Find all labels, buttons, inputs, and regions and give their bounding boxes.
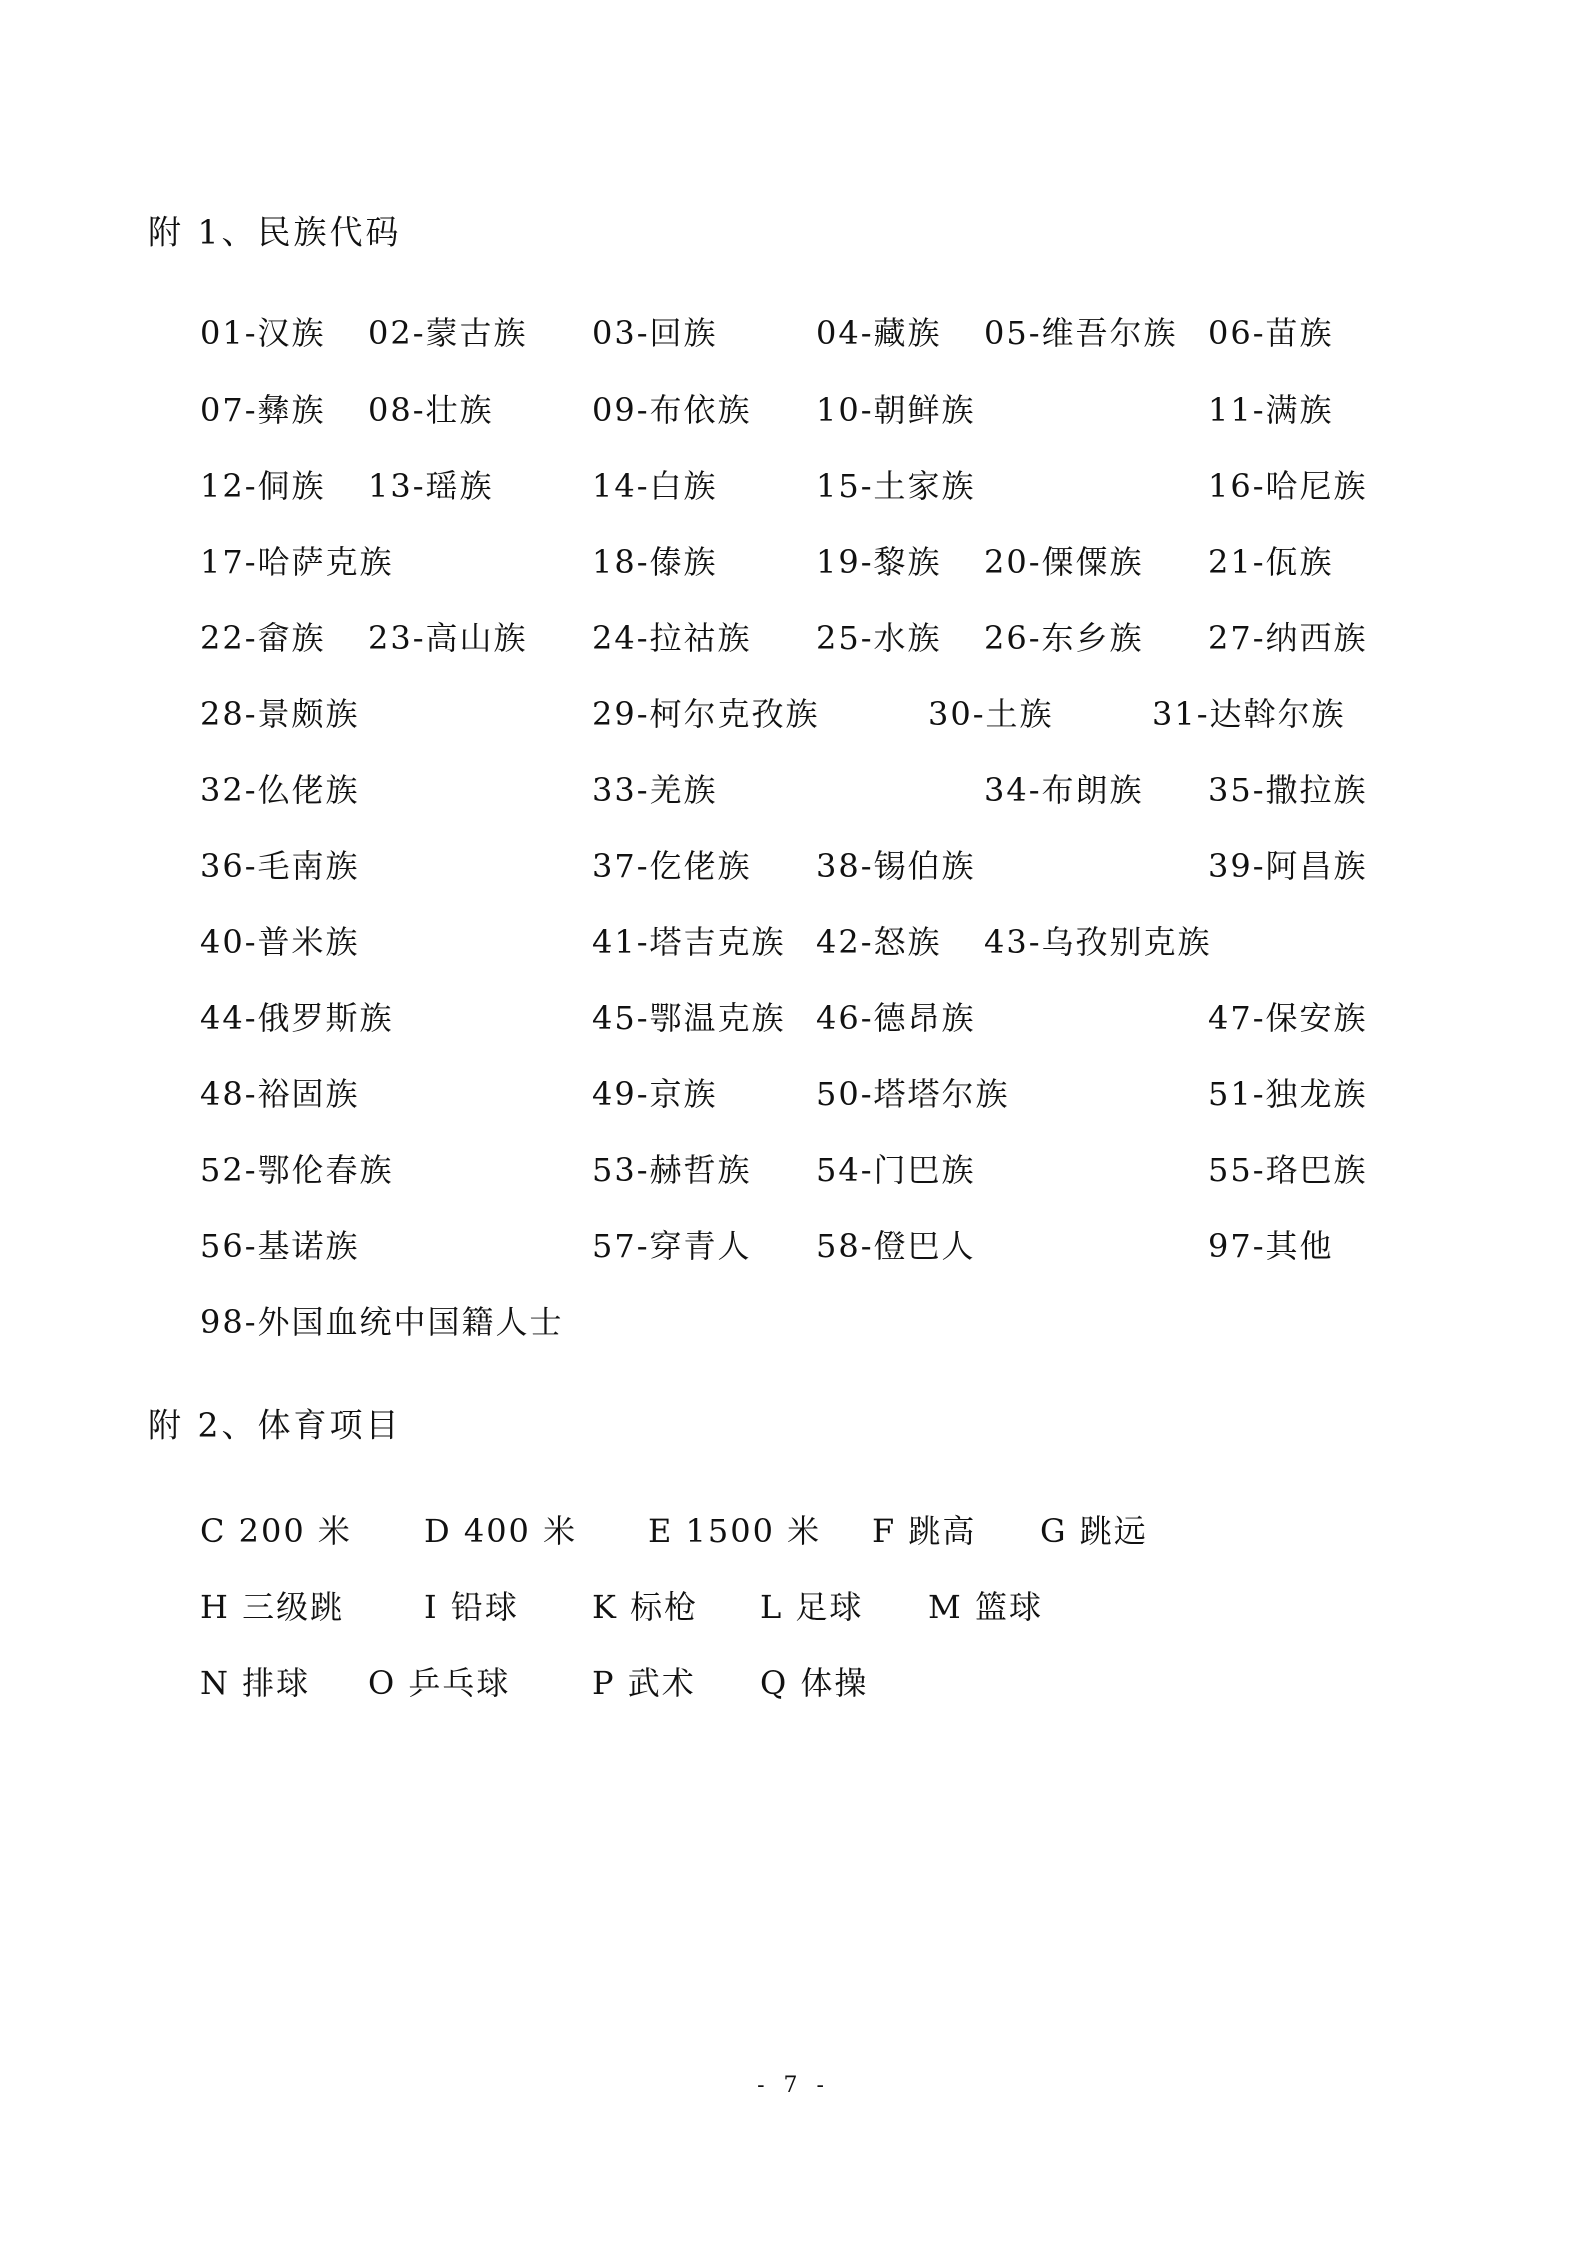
ethnicity-code-item: 35-撒拉族 <box>1208 774 1368 806</box>
ethnicity-code-item: 29-柯尔克孜族 <box>592 698 820 730</box>
ethnicity-code-item: 37-仡佬族 <box>592 850 752 882</box>
ethnicity-code-item: 08-壮族 <box>368 394 494 426</box>
sports-event-item: F 跳高 <box>872 1515 976 1547</box>
ethnicity-code-item: 12-侗族 <box>200 470 326 502</box>
ethnicity-code-item: 51-独龙族 <box>1208 1078 1368 1110</box>
sports-event-item: K 标枪 <box>592 1591 698 1623</box>
ethnicity-code-item: 05-维吾尔族 <box>984 317 1178 349</box>
ethnicity-code-item: 11-满族 <box>1208 394 1334 426</box>
sports-event-item: I 铅球 <box>424 1591 519 1623</box>
sports-event-item: H 三级跳 <box>200 1591 344 1623</box>
ethnicity-code-item: 43-乌孜别克族 <box>984 926 1212 958</box>
sports-event-item: D 400 米 <box>424 1515 577 1547</box>
ethnicity-code-item: 27-纳西族 <box>1208 622 1368 654</box>
ethnicity-code-item: 25-水族 <box>816 622 942 654</box>
sports-event-item: C 200 米 <box>200 1515 352 1547</box>
ethnicity-code-item: 39-阿昌族 <box>1208 850 1368 882</box>
ethnicity-code-item: 58-僜巴人 <box>816 1230 976 1262</box>
appendix1-heading: 附 1、民族代码 <box>148 216 402 249</box>
sports-event-item: G 跳远 <box>1040 1515 1148 1547</box>
ethnicity-code-item: 03-回族 <box>592 317 718 349</box>
ethnicity-code-item: 16-哈尼族 <box>1208 470 1368 502</box>
ethnicity-code-item: 44-俄罗斯族 <box>200 1002 394 1034</box>
ethnicity-code-item: 54-门巴族 <box>816 1154 976 1186</box>
ethnicity-code-item: 02-蒙古族 <box>368 317 528 349</box>
ethnicity-code-item: 46-德昂族 <box>816 1002 976 1034</box>
sports-event-item: P 武术 <box>592 1667 696 1699</box>
ethnicity-code-item: 31-达斡尔族 <box>1152 698 1346 730</box>
ethnicity-code-item: 10-朝鲜族 <box>816 394 976 426</box>
ethnicity-code-item: 07-彝族 <box>200 394 326 426</box>
ethnicity-code-item: 04-藏族 <box>816 317 942 349</box>
ethnicity-code-item: 01-汉族 <box>200 317 326 349</box>
ethnicity-code-item: 55-珞巴族 <box>1208 1154 1368 1186</box>
sports-event-item: M 篮球 <box>928 1591 1043 1623</box>
ethnicity-code-item: 06-苗族 <box>1208 317 1334 349</box>
ethnicity-code-item: 15-土家族 <box>816 470 976 502</box>
ethnicity-code-item: 19-黎族 <box>816 546 942 578</box>
ethnicity-code-item: 52-鄂伦春族 <box>200 1154 394 1186</box>
ethnicity-code-item: 17-哈萨克族 <box>200 546 394 578</box>
ethnicity-code-item: 32-仫佬族 <box>200 774 360 806</box>
ethnicity-code-item: 26-东乡族 <box>984 622 1144 654</box>
ethnicity-code-item: 30-土族 <box>928 698 1054 730</box>
ethnicity-code-item: 14-白族 <box>592 470 718 502</box>
ethnicity-code-item: 41-塔吉克族 <box>592 926 786 958</box>
ethnicity-code-item: 18-傣族 <box>592 546 718 578</box>
sports-event-item: E 1500 米 <box>648 1515 821 1547</box>
ethnicity-code-item: 13-瑶族 <box>368 470 494 502</box>
ethnicity-code-item: 97-其他 <box>1208 1230 1334 1262</box>
sports-event-item: N 排球 <box>200 1667 310 1699</box>
ethnicity-code-item: 36-毛南族 <box>200 850 360 882</box>
sports-event-item: L 足球 <box>760 1591 863 1623</box>
ethnicity-code-item: 45-鄂温克族 <box>592 1002 786 1034</box>
ethnicity-code-item: 23-高山族 <box>368 622 528 654</box>
ethnicity-code-item: 57-穿青人 <box>592 1230 752 1262</box>
ethnicity-code-item: 47-保安族 <box>1208 1002 1368 1034</box>
ethnicity-code-item: 20-傈僳族 <box>984 546 1144 578</box>
ethnicity-code-item: 40-普米族 <box>200 926 360 958</box>
appendix2-heading: 附 2、体育项目 <box>148 1409 402 1442</box>
ethnicity-code-item: 50-塔塔尔族 <box>816 1078 1010 1110</box>
ethnicity-code-item: 28-景颇族 <box>200 698 360 730</box>
ethnicity-code-item: 98-外国血统中国籍人士 <box>200 1306 564 1338</box>
ethnicity-code-item: 33-羌族 <box>592 774 718 806</box>
ethnicity-code-item: 38-锡伯族 <box>816 850 976 882</box>
ethnicity-code-item: 48-裕固族 <box>200 1078 360 1110</box>
ethnicity-code-item: 24-拉祜族 <box>592 622 752 654</box>
page-number: - 7 - <box>0 2073 1587 2098</box>
ethnicity-code-item: 53-赫哲族 <box>592 1154 752 1186</box>
ethnicity-code-item: 34-布朗族 <box>984 774 1144 806</box>
sports-event-item: O 乒乓球 <box>368 1667 510 1699</box>
ethnicity-code-item: 56-基诺族 <box>200 1230 360 1262</box>
ethnicity-code-item: 21-佤族 <box>1208 546 1334 578</box>
ethnicity-code-item: 09-布依族 <box>592 394 752 426</box>
ethnicity-code-item: 49-京族 <box>592 1078 718 1110</box>
ethnicity-code-item: 42-怒族 <box>816 926 942 958</box>
ethnicity-code-item: 22-畲族 <box>200 622 326 654</box>
sports-event-item: Q 体操 <box>760 1667 868 1699</box>
